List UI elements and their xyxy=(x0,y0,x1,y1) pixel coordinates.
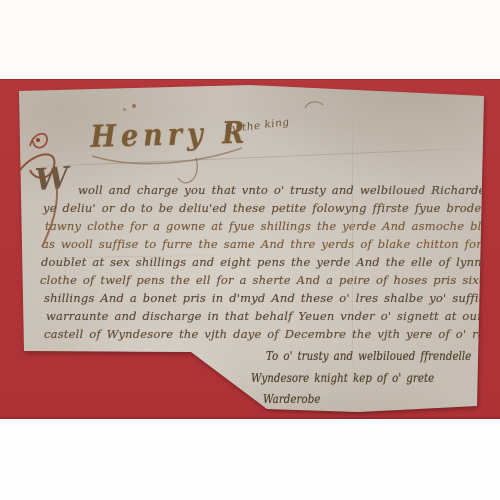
parchment-document: Henry R by the king W woll and charge yo… xyxy=(0,0,500,500)
flourish-dot xyxy=(36,138,40,142)
body-line-1: woll and charge you that vnto o' trusty … xyxy=(78,183,500,197)
address-line-2: Wyndesore knight kep of o' grete xyxy=(251,371,434,385)
initial-letter: W xyxy=(34,161,70,198)
body-line-4: as wooll suffise to furre the same And t… xyxy=(42,237,495,251)
pen-mark xyxy=(305,102,323,108)
flourish-curl xyxy=(30,134,47,148)
ink-speck xyxy=(132,104,136,108)
body-line-5: doublet at sex shillings and eight pens … xyxy=(41,255,496,269)
photo-of-manuscript: Henry R by the king W woll and charge yo… xyxy=(0,0,500,500)
parchment-shadow: Henry R by the king W woll and charge yo… xyxy=(0,0,500,500)
parchment-crease xyxy=(16,147,486,168)
body-line-6: clothe of twelf pens the ell for a shert… xyxy=(40,273,486,287)
body-line-2: ye deliu' or do to be deliu'ed these pet… xyxy=(43,201,500,215)
body-line-8: warraunte and discharge in that behalf Y… xyxy=(46,309,483,323)
address-line-1: To o' trusty and welbiloued ffrendelle xyxy=(266,349,471,363)
heading-descender xyxy=(178,158,197,183)
body-line-9: castell of Wyndesore the vjth daye of De… xyxy=(44,327,500,341)
body-line-7: shillings And a bonet pris in d'myd And … xyxy=(44,291,500,305)
ink-speck xyxy=(123,108,126,111)
body-line-3: tawny clothe for a gowne at fyue shillin… xyxy=(45,219,500,233)
address-line-3: Warderobe xyxy=(263,392,320,406)
